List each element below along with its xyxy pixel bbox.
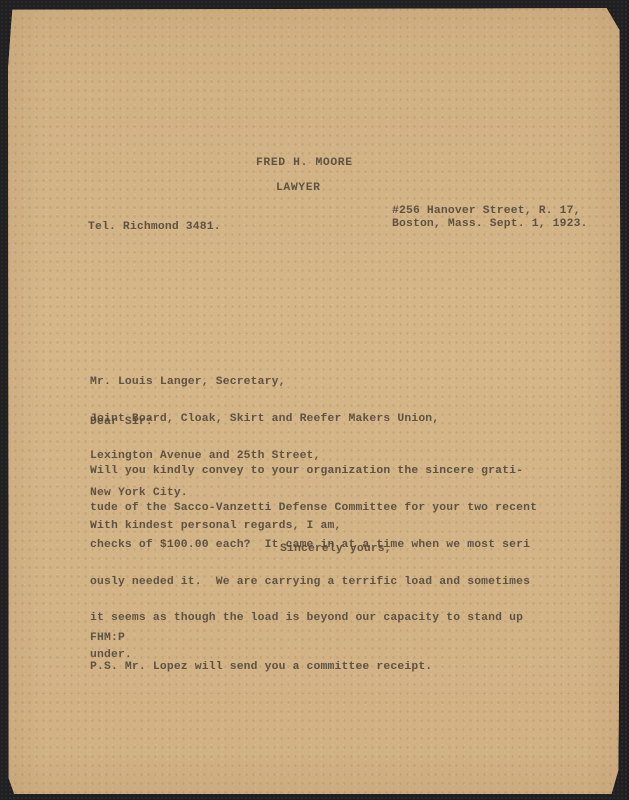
body-line: it seems as though the load is beyond ou…	[90, 612, 537, 624]
letterhead-title: LAWYER	[276, 182, 321, 195]
letter-body: Will you kindly convey to your organizat…	[90, 440, 537, 673]
signoff: Sincerely yours,	[280, 543, 392, 556]
body-line: tude of the Sacco-Vanzetti Defense Commi…	[90, 502, 537, 514]
body-line: Will you kindly convey to your organizat…	[90, 465, 537, 477]
recipient-line: Mr. Louis Langer, Secretary,	[90, 376, 439, 388]
postscript: P.S. Mr. Lopez will send you a committee…	[90, 661, 432, 674]
body-line: ously needed it. We are carrying a terri…	[90, 576, 537, 588]
salutation: Dear Sir:	[90, 416, 153, 429]
telephone-number: Tel. Richmond 3481.	[88, 221, 221, 234]
typist-initials: FHM:P	[90, 632, 125, 645]
body-line: under.	[90, 649, 537, 661]
letterhead-name: FRED H. MOORE	[256, 157, 353, 170]
sender-address-line-1: #256 Hanover Street, R. 17,	[392, 205, 581, 218]
closing-line: With kindest personal regards, I am,	[90, 520, 341, 533]
sender-address-date-line: Boston, Mass. Sept. 1, 1923.	[392, 218, 588, 231]
